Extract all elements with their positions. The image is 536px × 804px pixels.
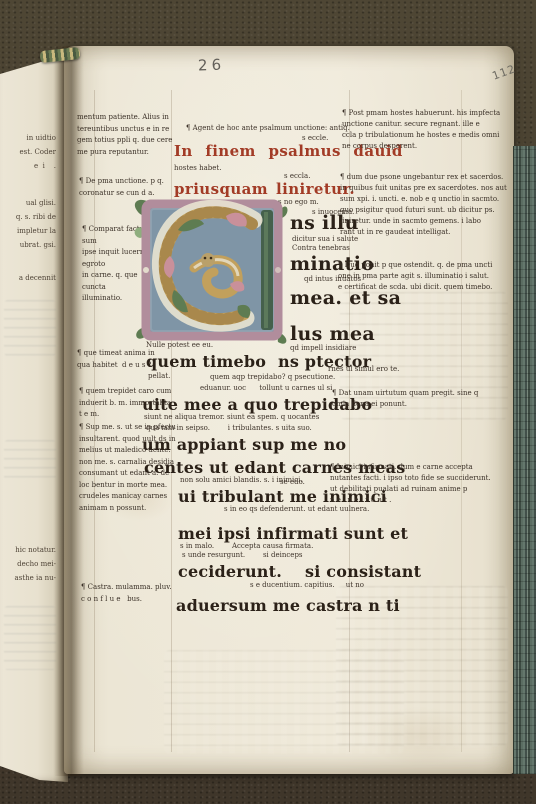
interlinear-gloss: Nulle potest ee eu. <box>146 341 213 350</box>
illuminated-initial-d <box>134 194 290 346</box>
interlinear-gloss: se edo. <box>280 478 305 487</box>
showthrough-text <box>4 606 56 670</box>
facing-page-text-fragment: ual glisi. q. s. ribi de impletur la ubr… <box>0 196 56 252</box>
psalm-verse: um appiant sup me no <box>142 435 346 454</box>
marginal-gloss-right: rnes ul simul ero te. <box>328 364 498 375</box>
facing-page-text-fragment: a decennit <box>0 271 56 285</box>
interlinear-gloss: s in malo. Accepta causa firmata. <box>180 542 313 551</box>
showthrough-text <box>164 650 404 754</box>
marginal-gloss-right: ¶ Dat unam uirtutum quam pregit. sine q … <box>332 388 502 410</box>
marginal-gloss-right: ¶ Inimici infirmati. dum e carne accepta… <box>330 462 500 506</box>
interlinear-gloss: hostes habet. <box>174 164 221 173</box>
psalm-verse: aduersum me castra n ti <box>176 596 400 615</box>
interlinear-gloss: pellat. <box>148 372 170 381</box>
fore-edge <box>513 146 536 774</box>
interlinear-gloss: s e ducentium. capitius. ut no <box>250 581 364 590</box>
psalm-verse: ceciderunt. si consistant <box>178 562 421 581</box>
interlinear-gloss: quem aqp trepidabo? q psecutione. <box>210 373 335 382</box>
facing-page-edge: in uidtio est. Coder e i . ual glisi. q.… <box>0 50 68 782</box>
manuscript-page: 26 112 mentum patiente. Alius in tereunt… <box>64 46 514 774</box>
showthrough-text <box>4 440 56 480</box>
interlinear-gloss: Contra tenebras <box>292 244 350 253</box>
facing-page-text-fragment: in uidtio est. Coder e i . <box>0 131 56 173</box>
marginal-gloss-left: ¶ Castra. mulamma. pluv. c o n f l u e b… <box>81 582 179 605</box>
pencil-folio-number: 112 <box>491 62 518 82</box>
showthrough-text <box>4 300 56 356</box>
marginal-gloss-left: mentum patiente. Alius in tereuntibus un… <box>77 112 175 158</box>
marginal-gloss-right: ¶ dum due psone ungebantur rex et sacerd… <box>340 172 510 238</box>
facing-page-text-fragment: hic notatur. decho mei- asthe ia nu- <box>0 543 56 585</box>
marginal-gloss-right: ¶ Duo ponit p que ostendit. q. de pma un… <box>338 260 508 293</box>
psalm-incipit-line: lus mea <box>290 323 375 345</box>
interlinear-gloss: s unde resurgunt. si deinceps <box>182 551 303 560</box>
pencil-page-number: 26 <box>198 56 226 75</box>
manuscript-photo: in uidtio est. Coder e i . ual glisi. q.… <box>0 0 536 804</box>
interlinear-gloss: ¶ Agent de hoc ante psalmum unctione: an… <box>186 124 350 133</box>
marginal-gloss-right: ¶ Post pmam hostes habuerunt. his impfec… <box>342 108 512 152</box>
interlinear-gloss: eduanur. uoc tollunt u carnes ul si <box>200 384 332 393</box>
psalm-verse: quem timebo <box>146 352 266 371</box>
psalm-verse: mei ipsi infirmati sunt et <box>178 524 408 543</box>
interlinear-gloss: qua iam in seipso. i tribulantes. s uita… <box>146 424 312 433</box>
interlinear-gloss: siunt ne aliqua tremor. siunt ea spem. q… <box>144 413 319 422</box>
interlinear-gloss: s in eo qs defenderunt. ut edant uulnera… <box>224 505 369 514</box>
